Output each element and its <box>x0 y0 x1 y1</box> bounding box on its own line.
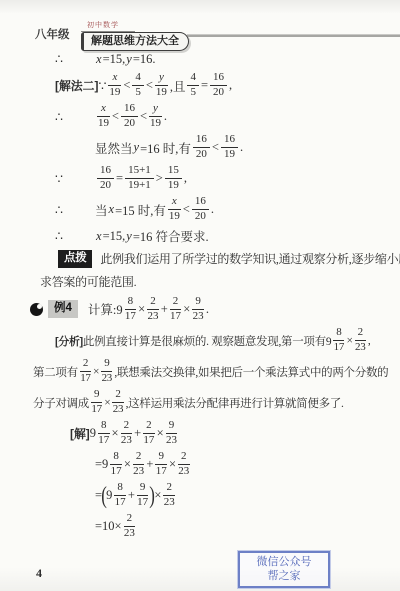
fraction: 1620 <box>210 72 227 98</box>
content-line: [分析]此例直接计算是很麻烦的. 观察题意发现,第一项有9817×223, <box>55 325 382 356</box>
fraction: 917 <box>155 451 167 477</box>
line-body: x=15,y=16 符合要求. <box>95 227 209 245</box>
fraction: 217 <box>143 420 155 446</box>
line-body: x19<45<y19,且45=1620, <box>106 72 232 98</box>
fraction: y19 <box>155 72 168 98</box>
line-lead: ∵ <box>55 171 95 187</box>
fraction: 817 <box>98 420 110 446</box>
line-body: =(9817+917)×223 <box>95 482 177 508</box>
fraction: x19 <box>168 196 181 222</box>
line-lead: ∴ <box>55 228 95 244</box>
fraction: 917 <box>137 482 149 508</box>
wechat-stamp: 微信公众号 帮之家 <box>238 551 330 588</box>
content-line: 分子对调成917×223,这样运用乘法分配律再进行计算就简便多了. <box>33 387 382 418</box>
fraction: 223 <box>178 451 190 477</box>
content-line: 显然当 y=16 时,有1620<1619. <box>55 132 382 163</box>
content-line: [解]9817×223+217×923 <box>70 418 382 449</box>
fraction: 1620 <box>192 196 209 222</box>
fraction: 817 <box>110 451 122 477</box>
content-line: 例4计算:9817×223+217×923. <box>30 293 382 325</box>
fraction: 1519 <box>165 165 182 191</box>
content-line: [解法二]∵x19<45<y19,且45=1620, <box>55 70 382 101</box>
content-line: ∴当 x=15 时,有x19<1620. <box>55 194 382 225</box>
fraction: 45 <box>187 72 199 98</box>
content-line: 第二项有217×923,联想乘法交换律,如果把后一个乘法算式中的两个分数的 <box>33 356 382 387</box>
line-body: 第二项有217×923,联想乘法交换律,如果把后一个乘法算式中的两个分数的 <box>33 358 388 384</box>
fraction: 1620 <box>193 134 210 160</box>
fraction: 223 <box>147 296 159 322</box>
fraction: 217 <box>170 296 182 322</box>
fraction: 223 <box>163 482 175 508</box>
line-lead: ∴ <box>55 109 95 125</box>
fraction: 923 <box>166 420 178 446</box>
fraction: 923 <box>101 358 112 384</box>
example-label: 例4 <box>48 300 78 318</box>
line-body: x19<1620<y19. <box>95 103 167 129</box>
stamp-line1: 微信公众号 <box>243 555 325 569</box>
big-paren: ( <box>101 484 107 508</box>
page-header: 八年级 初中数学 解题思维方法大全 <box>35 14 400 46</box>
fraction: 223 <box>133 451 145 477</box>
line-body: 求答案的可能范围. <box>40 273 136 290</box>
content-line: ∴x=15,y=16. <box>55 48 382 70</box>
fraction: y19 <box>149 103 162 129</box>
fraction: 817 <box>125 296 137 322</box>
fraction: x19 <box>108 72 121 98</box>
grade-label: 八年级 <box>35 26 70 42</box>
content-line: 点拨此例我们运用了所学过的数学知识,通过观察分析,逐步缩小所 <box>58 247 382 270</box>
fraction: 223 <box>355 327 366 353</box>
series-subtitle: 初中数学 <box>81 22 135 32</box>
fraction: 917 <box>91 389 102 415</box>
line-body: [解]9817×223+217×923 <box>70 420 179 446</box>
line-body: 计算:9817×223+217×923. <box>88 296 209 322</box>
example-circle-icon <box>30 303 43 316</box>
fraction: 217 <box>80 358 91 384</box>
content-line: ∴x19<1620<y19. <box>55 101 382 132</box>
stamp-line2: 帮之家 <box>243 569 325 583</box>
fraction: 223 <box>124 513 136 539</box>
content-line: 求答案的可能范围. <box>40 270 382 293</box>
line-body: 此例我们运用了所学过的数学知识,通过观察分析,逐步缩小所 <box>100 250 400 267</box>
line-body: 显然当 y=16 时,有1620<1619. <box>95 134 243 160</box>
fraction: 223 <box>112 389 123 415</box>
content-line: =(9817+917)×223 <box>95 480 382 511</box>
line-body: [分析]此例直接计算是很麻烦的. 观察题意发现,第一项有9817×223, <box>55 327 370 353</box>
line-lead: ∴ <box>55 51 95 67</box>
fraction: 817 <box>333 327 344 353</box>
series-title: 解题思维方法大全 <box>81 32 189 51</box>
fraction: 1620 <box>97 165 114 191</box>
fraction: 1619 <box>221 134 238 160</box>
fraction: 817 <box>114 482 126 508</box>
header-rule <box>187 34 400 37</box>
line-body: =9817×223+917×223 <box>95 451 192 477</box>
tip-label: 点拨 <box>58 250 92 268</box>
line-body: 当 x=15 时,有x19<1620. <box>95 196 214 222</box>
page-content: ∴x=15,y=16.[解法二]∵x19<45<y19,且45=1620,∴x1… <box>30 48 382 542</box>
line-body: x=15,y=16. <box>95 52 156 67</box>
fraction: 223 <box>121 420 133 446</box>
line-body: 分子对调成917×223,这样运用乘法分配律再进行计算就简便多了. <box>33 389 344 415</box>
line-lead: [解法二]∵ <box>55 77 106 94</box>
line-body: 1620=15+119+1>1519, <box>95 165 187 191</box>
content-line: ∴x=15,y=16 符合要求. <box>55 225 382 247</box>
fraction: 45 <box>132 72 144 98</box>
fraction: 1620 <box>121 103 138 129</box>
series-badge: 初中数学 解题思维方法大全 <box>81 14 189 51</box>
fraction: x19 <box>97 103 110 129</box>
content-line: =10×223 <box>95 511 382 542</box>
page-number: 4 <box>36 566 42 581</box>
line-lead: ∴ <box>55 202 95 218</box>
line-body: =10×223 <box>95 513 137 539</box>
fraction: 15+119+1 <box>125 165 154 191</box>
content-line: =9817×223+917×223 <box>95 449 382 480</box>
big-paren: ) <box>150 484 156 508</box>
content-line: ∵1620=15+119+1>1519, <box>55 163 382 194</box>
fraction: 923 <box>192 296 204 322</box>
